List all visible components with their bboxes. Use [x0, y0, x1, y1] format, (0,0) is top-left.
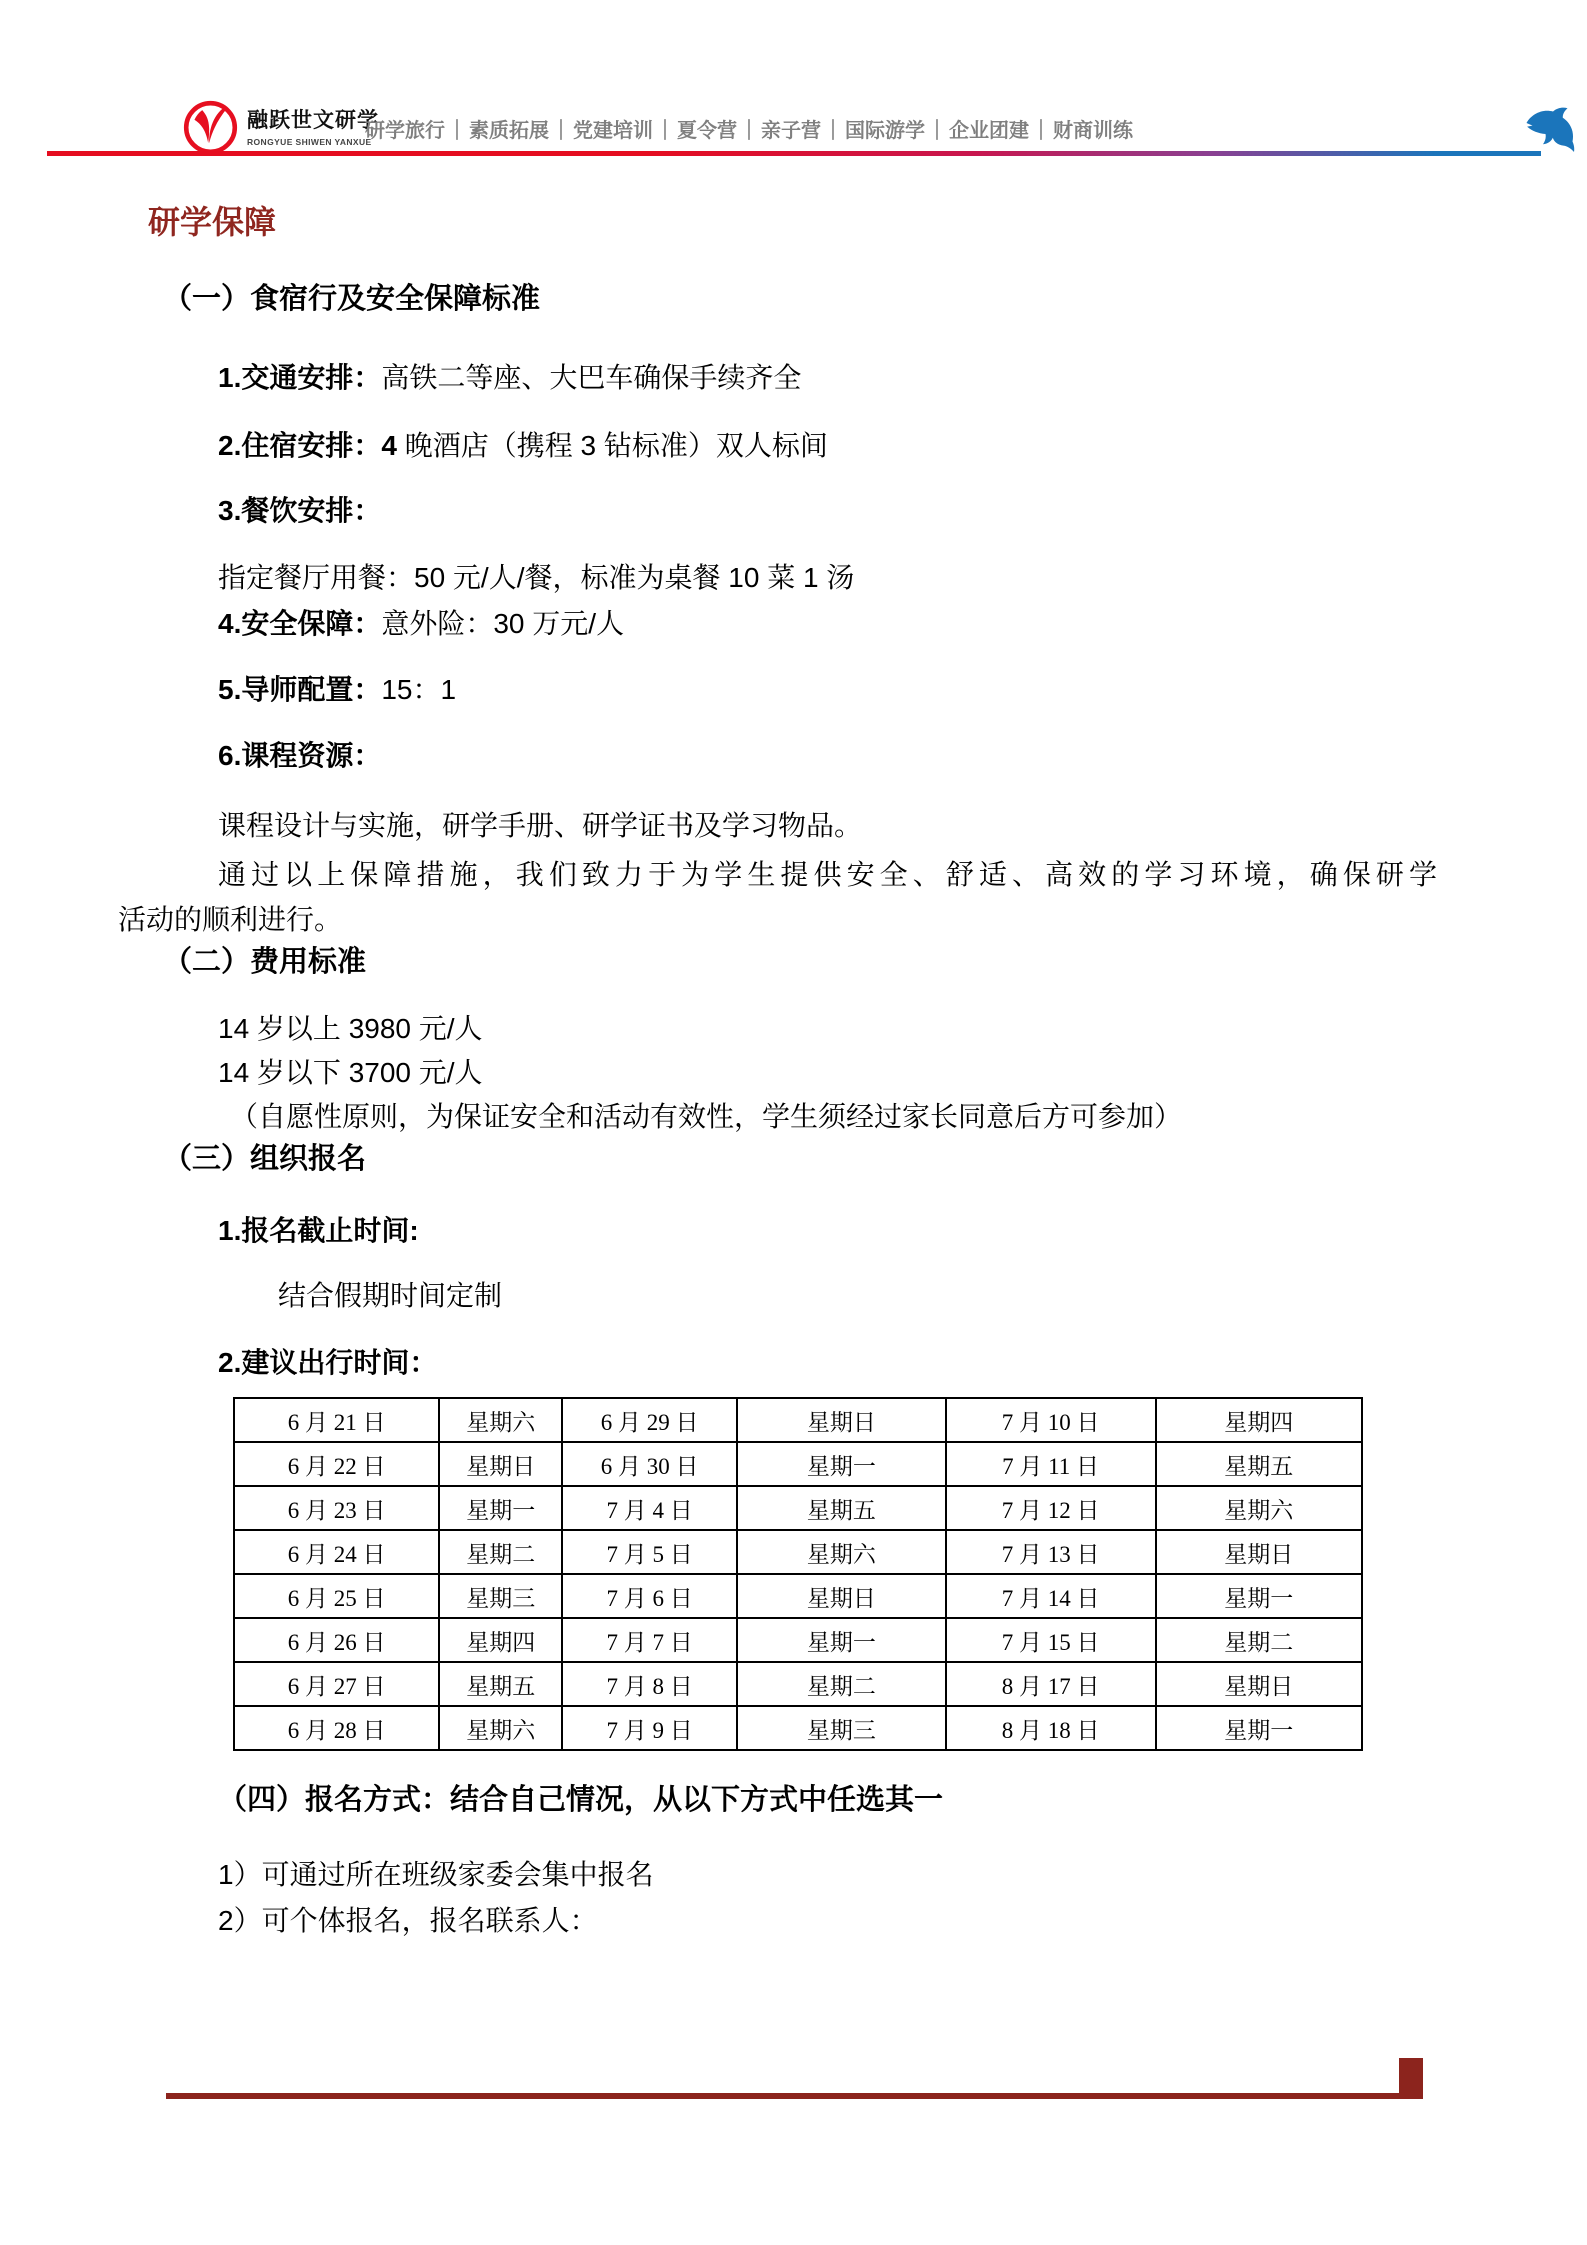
- schedule-cell: 6 月 24 日: [234, 1530, 439, 1574]
- guarantee-item-transport: 1.交通安排：高铁二等座、大巴车确保手续齐全: [218, 359, 1437, 397]
- nav-item: 企业团建: [949, 120, 1029, 142]
- guarantee-item-course: 6.课程资源：: [218, 737, 1437, 775]
- meal-detail-paragraph: 指定餐厅用餐：50 元/人/餐，标准为桌餐 10 菜 1 汤: [218, 559, 1437, 597]
- schedule-cell: 8 月 18 日: [946, 1706, 1156, 1750]
- schedule-cell: 6 月 22 日: [234, 1442, 439, 1486]
- nav-item: 素质拓展: [469, 120, 549, 142]
- schedule-cell: 星期二: [1156, 1618, 1362, 1662]
- guarantee-item-label: 2.住宿安排：4: [218, 430, 397, 461]
- method-line-2: 2）可个体报名，报名联系人：: [218, 1898, 1437, 1944]
- method-list: 1）可通过所在班级家委会集中报名 2）可个体报名，报名联系人：: [118, 1852, 1437, 1944]
- deadline-label: 1.报名截止时间:: [218, 1212, 1437, 1250]
- schedule-cell: 7 月 11 日: [946, 1442, 1156, 1486]
- schedule-row: 6 月 22 日星期日6 月 30 日星期一7 月 11 日星期五: [234, 1442, 1362, 1486]
- schedule-cell: 6 月 26 日: [234, 1618, 439, 1662]
- schedule-row: 6 月 25 日星期三7 月 6 日星期日7 月 14 日星期一: [234, 1574, 1362, 1618]
- schedule-cell: 星期日: [1156, 1530, 1362, 1574]
- fee-note: （自愿性原则，为保证安全和活动有效性，学生须经过家长同意后方可参加）: [230, 1095, 1437, 1139]
- schedule-cell: 星期五: [737, 1486, 946, 1530]
- schedule-cell: 星期一: [737, 1442, 946, 1486]
- schedule-cell: 7 月 5 日: [562, 1530, 737, 1574]
- schedule-row: 6 月 24 日星期二7 月 5 日星期六7 月 13 日星期日: [234, 1530, 1362, 1574]
- schedule-cell: 6 月 25 日: [234, 1574, 439, 1618]
- schedule-label: 2.建议出行时间：: [218, 1344, 1437, 1382]
- guarantee-item-mentors: 5.导师配置：15：1: [218, 671, 1437, 709]
- guarantee-item-label: 3.餐饮安排：: [218, 495, 381, 526]
- brand-logo: 融跃世文研学 RONGYUE SHIWEN YANXUE: [183, 100, 379, 155]
- schedule-table: 6 月 21 日星期六6 月 29 日星期日7 月 10 日星期四6 月 22 …: [233, 1397, 1363, 1751]
- section2-heading: （二）费用标准: [163, 942, 1437, 982]
- guarantee-item-text: 高铁二等座、大巴车确保手续齐全: [381, 362, 801, 393]
- dolphin-icon: [1524, 105, 1581, 153]
- guarantee-item-label: 1.交通安排：: [218, 362, 381, 393]
- nav-separator: ｜: [925, 120, 949, 142]
- footer-rule: [166, 2093, 1423, 2099]
- footer-tab: [1399, 2058, 1423, 2099]
- schedule-cell: 8 月 17 日: [946, 1662, 1156, 1706]
- section1-heading: （一）食宿行及安全保障标准: [163, 279, 1437, 319]
- schedule-row: 6 月 23 日星期一7 月 4 日星期五7 月 12 日星期六: [234, 1486, 1362, 1530]
- closing-paragraph-line-2: 活动的顺利进行。: [118, 897, 1437, 942]
- document-body: 研学保障 （一）食宿行及安全保障标准 1.交通安排：高铁二等座、大巴车确保手续齐…: [0, 157, 1587, 1944]
- nav-separator: ｜: [549, 120, 573, 142]
- schedule-cell: 星期六: [439, 1706, 562, 1750]
- schedule-cell: 星期日: [1156, 1662, 1362, 1706]
- section3-heading: （三）组织报名: [163, 1139, 1437, 1179]
- nav-item: 财商训练: [1053, 120, 1133, 142]
- schedule-cell: 星期四: [439, 1618, 562, 1662]
- document-page: 融跃世文研学 RONGYUE SHIWEN YANXUE 研学旅行｜素质拓展｜党…: [0, 0, 1587, 2245]
- schedule-cell: 7 月 14 日: [946, 1574, 1156, 1618]
- schedule-cell: 星期二: [439, 1530, 562, 1574]
- page-title: 研学保障: [148, 201, 1437, 243]
- nav-item: 研学旅行: [365, 120, 445, 142]
- schedule-cell: 7 月 7 日: [562, 1618, 737, 1662]
- nav-separator: ｜: [737, 120, 761, 142]
- guarantee-item-text: 15：1: [381, 674, 456, 705]
- schedule-cell: 星期日: [737, 1574, 946, 1618]
- guarantee-item-label: 6.课程资源：: [218, 740, 381, 771]
- nav-separator: ｜: [821, 120, 845, 142]
- schedule-cell: 6 月 23 日: [234, 1486, 439, 1530]
- header-nav: 研学旅行｜素质拓展｜党建培训｜夏令营｜亲子营｜国际游学｜企业团建｜财商训练: [365, 119, 1133, 143]
- schedule-cell: 星期二: [737, 1662, 946, 1706]
- schedule-cell: 星期六: [439, 1398, 562, 1442]
- schedule-cell: 星期一: [737, 1618, 946, 1662]
- nav-separator: ｜: [1029, 120, 1053, 142]
- schedule-cell: 星期六: [1156, 1486, 1362, 1530]
- schedule-cell: 星期一: [1156, 1574, 1362, 1618]
- schedule-cell: 7 月 8 日: [562, 1662, 737, 1706]
- nav-item: 党建培训: [573, 120, 653, 142]
- fee-line-1: 14 岁以上 3980 元/人: [218, 1007, 1437, 1051]
- schedule-cell: 6 月 29 日: [562, 1398, 737, 1442]
- schedule-cell: 7 月 13 日: [946, 1530, 1156, 1574]
- schedule-cell: 7 月 9 日: [562, 1706, 737, 1750]
- logo-title: 融跃世文研学: [247, 108, 379, 134]
- schedule-row: 6 月 26 日星期四7 月 7 日星期一7 月 15 日星期二: [234, 1618, 1362, 1662]
- schedule-cell: 7 月 6 日: [562, 1574, 737, 1618]
- deadline-value: 结合假期时间定制: [278, 1277, 1437, 1315]
- guarantee-item-label: 4.安全保障：: [218, 608, 381, 639]
- schedule-cell: 7 月 15 日: [946, 1618, 1156, 1662]
- schedule-row: 6 月 28 日星期六7 月 9 日星期三8 月 18 日星期一: [234, 1706, 1362, 1750]
- guarantee-item-text: 意外险：30 万元/人: [381, 608, 624, 639]
- nav-item: 亲子营: [761, 120, 821, 142]
- schedule-cell: 星期三: [439, 1574, 562, 1618]
- schedule-cell: 星期五: [1156, 1442, 1362, 1486]
- guarantee-item-safety: 4.安全保障：意外险：30 万元/人: [218, 605, 1437, 643]
- schedule-cell: 6 月 21 日: [234, 1398, 439, 1442]
- schedule-cell: 星期一: [439, 1486, 562, 1530]
- fee-line-2: 14 岁以下 3700 元/人: [218, 1051, 1437, 1095]
- header-rule: [47, 151, 1541, 156]
- closing-paragraph-line-1: 通过以上保障措施，我们致力于为学生提供安全、舒适、高效的学习环境，确保研学: [118, 852, 1437, 897]
- schedule-cell: 星期四: [1156, 1398, 1362, 1442]
- method-line-1: 1）可通过所在班级家委会集中报名: [218, 1852, 1437, 1898]
- course-detail-paragraph: 课程设计与实施，研学手册、研学证书及学习物品。: [218, 807, 1437, 845]
- schedule-cell: 6 月 30 日: [562, 1442, 737, 1486]
- rongyue-swirl-icon: [183, 100, 238, 155]
- nav-separator: ｜: [445, 120, 469, 142]
- schedule-cell: 6 月 28 日: [234, 1706, 439, 1750]
- schedule-cell: 星期三: [737, 1706, 946, 1750]
- section4-heading: （四）报名方式：结合自己情况，从以下方式中任选其一: [218, 1780, 1437, 1820]
- schedule-cell: 星期日: [737, 1398, 946, 1442]
- logo-subtitle: RONGYUE SHIWEN YANXUE: [247, 137, 379, 147]
- schedule-cell: 星期日: [439, 1442, 562, 1486]
- schedule-row: 6 月 27 日星期五7 月 8 日星期二8 月 17 日星期日: [234, 1662, 1362, 1706]
- guarantee-item-label: 5.导师配置：: [218, 674, 381, 705]
- schedule-row: 6 月 21 日星期六6 月 29 日星期日7 月 10 日星期四: [234, 1398, 1362, 1442]
- guarantee-item-lodging: 2.住宿安排：4 晚酒店（携程 3 钻标准）双人标间: [218, 427, 1437, 465]
- brand-text: 融跃世文研学 RONGYUE SHIWEN YANXUE: [247, 108, 379, 147]
- schedule-cell: 星期一: [1156, 1706, 1362, 1750]
- schedule-cell: 7 月 4 日: [562, 1486, 737, 1530]
- nav-item: 国际游学: [845, 120, 925, 142]
- schedule-cell: 星期五: [439, 1662, 562, 1706]
- guarantee-item-text: 晚酒店（携程 3 钻标准）双人标间: [397, 430, 828, 461]
- schedule-table-body: 6 月 21 日星期六6 月 29 日星期日7 月 10 日星期四6 月 22 …: [234, 1398, 1362, 1750]
- nav-item: 夏令营: [677, 120, 737, 142]
- schedule-cell: 星期六: [737, 1530, 946, 1574]
- guarantee-item-meals: 3.餐饮安排：: [218, 492, 1437, 530]
- nav-separator: ｜: [653, 120, 677, 142]
- schedule-cell: 7 月 12 日: [946, 1486, 1156, 1530]
- schedule-cell: 7 月 10 日: [946, 1398, 1156, 1442]
- schedule-cell: 6 月 27 日: [234, 1662, 439, 1706]
